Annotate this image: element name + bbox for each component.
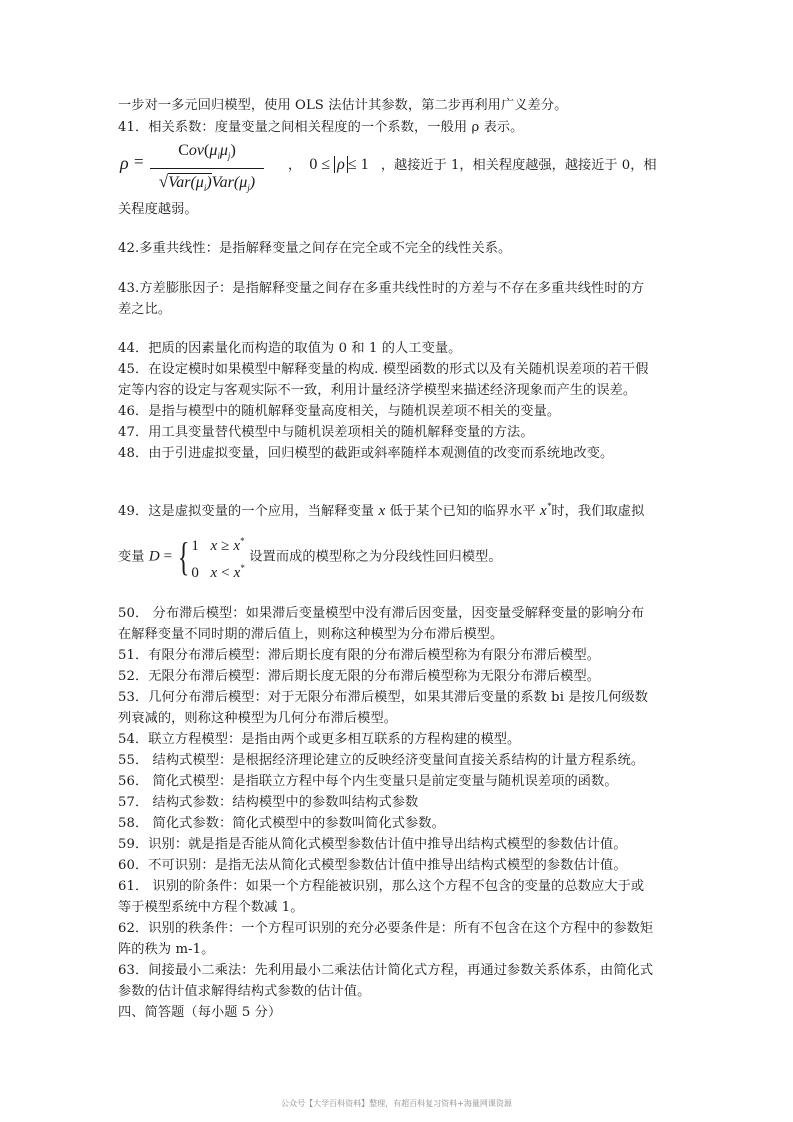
text-line: 等于模型系统中方程个数减 1。 <box>118 898 304 918</box>
section-heading: 四、简答题（每小题 5 分） <box>118 1003 281 1023</box>
footer-watermark: 公众号【大学百科资料】整理，有超百科复习资料+海量网课资源 <box>0 1098 793 1109</box>
definition-49: 49．这是虚拟变量的一个应用，当解释变量 x 低于某个已知的临界水平 x*时，我… <box>118 496 644 522</box>
definition-47: 47．用工具变量替代模型中与随机误差项相关的随机解释变量的方法。 <box>118 423 534 443</box>
definition-43: 43.方差膨胀因子：是指解释变量之间存在多重共线性时的方差与不存在多重共线性时的… <box>118 279 644 299</box>
formula-rho: ρ <box>120 153 129 174</box>
definition-41: 41．相关系数：度量变量之间相关程度的一个系数，一般用 ρ 表示。 <box>118 118 523 138</box>
definition-48: 48．由于引进虚拟变量，回归模型的截距或斜率随样本观测值的改变而系统地改变。 <box>118 444 613 464</box>
definition-54: 54．联立方程模型：是指由两个或更多相互联系的方程构建的模型。 <box>118 730 520 750</box>
definition-63: 63．间接最小二乘法：先利用最小二乘法估计简化式方程，再通过参数关系体系，由简化… <box>118 961 653 981</box>
piecewise-cases: 1 x ≥ x*0 x < x* <box>191 530 245 584</box>
definition-52: 52．无限分布滞后模型：滞后期长度无限的分布滞后模型称为无限分布滞后模型。 <box>118 667 600 687</box>
definition-45: 45．在设定模时如果模型中解释变量的构成. 模型函数的形式以及有关随机误差项的若… <box>118 360 649 380</box>
formula-tail: ， 0 ≤ ρ≤ 1 ，越接近于 1，相关程度越强，越接近于 0，相 <box>288 154 657 174</box>
definition-44: 44．把质的因素量化而构造的取值为 0 和 1 的人工变量。 <box>118 339 461 359</box>
definition-62: 62．识别的秩条件：一个方程可识别的充分必要条件是：所有不包含在这个方程中的参数… <box>118 919 653 939</box>
formula-equals: = <box>134 152 144 172</box>
definition-57: 57． 结构式参数：结构模型中的参数叫结构式参数 <box>118 793 418 813</box>
definition-60: 60．不可识别：是指无法从简化式模型参数估计值中推导出结构式模型的参数估计值。 <box>118 856 627 876</box>
definition-42: 42.多重共线性：是指解释变量之间存在完全或不完全的线性关系。 <box>118 239 511 259</box>
formula-tail-text: ，越接近于 1，相关程度越强，越接近于 0，相 <box>381 158 657 173</box>
dummy-formula-line: 变量 D = {1 x ≥ x*0 x < x* 设置而成的模型称之为分段线性回… <box>118 530 502 580</box>
formula-denominator: √Var(μi)Var(μj) <box>150 171 264 199</box>
math-D: D <box>149 549 160 565</box>
definition-46: 46．是指与模型中的随机解释变量高度相关，与随机误差项不相关的变量。 <box>118 402 560 422</box>
text-line: 在解释变量不同时期的滞后值上，则称这种模型为分布滞后模型。 <box>118 625 503 645</box>
text-span: 低于某个已知的临界水平 <box>385 504 540 519</box>
text-span: 时，我们取虚拟 <box>551 504 644 519</box>
definition-50: 50． 分布滞后模型：如果滞后变量模型中没有滞后因变量，因变量受解释变量的影响分… <box>118 604 644 624</box>
definition-53: 53．几何分布滞后模型：对于无限分布滞后模型，如果其滞后变量的系数 bi 是按几… <box>118 688 648 708</box>
text-line: 参数的估计值求解得结构式参数的估计值。 <box>118 982 370 1002</box>
definition-61: 61． 识别的阶条件：如果一个方程能被识别，那么这个方程不包含的变量的总数应大于… <box>118 877 644 897</box>
text-span: 49．这是虚拟变量的一个应用，当解释变量 <box>118 504 378 519</box>
definition-58: 58． 简化式参数：简化式模型中的参数叫简化式参数。 <box>118 814 445 834</box>
definition-56: 56． 简化式模型：是指联立方程中每个内生变量只是前定变量与随机误差项的函数。 <box>118 772 618 792</box>
text-line: 关程度越弱。 <box>118 200 198 220</box>
math-xstar: x* <box>540 503 551 519</box>
fraction-bar <box>150 168 264 169</box>
text-line: 定等内容的设定与客观实际不一致，利用计量经济学模型来描述经济现象而产生的误差。 <box>118 381 636 401</box>
text-line: 列衰减的，则称这种模型为几何分布滞后模型。 <box>118 709 397 729</box>
text-line: 阵的秩为 m-1。 <box>118 940 214 960</box>
definition-55: 55． 结构式模型：是根据经济理论建立的反映经济变量间直接关系结构的计量方程系统… <box>118 751 644 771</box>
text-span: 设置而成的模型称之为分段线性回归模型。 <box>245 550 502 565</box>
brace-icon: { <box>178 537 190 577</box>
text-span: 变量 <box>118 550 149 565</box>
formula-comma: ， <box>288 158 301 173</box>
formula-fraction: Cov(μiμj) √Var(μi)Var(μj) <box>150 140 264 199</box>
definition-59: 59．识别：就是指是否能从简化式模型参数估计值中推导出结构式模型的参数估计值。 <box>118 835 627 855</box>
text-line: 一步对一多元回归模型，使用 OLS 法估计其参数，第二步再利用广义差分。 <box>118 96 567 116</box>
text-line: 差之比。 <box>118 300 171 320</box>
formula-numerator: Cov(μiμj) <box>150 140 264 167</box>
definition-51: 51．有限分布滞后模型：滞后期长度有限的分布滞后模型称为有限分布滞后模型。 <box>118 646 600 666</box>
correlation-formula: ρ = Cov(μiμj) √Var(μi)Var(μj) ， 0 ≤ ρ≤ 1… <box>118 140 674 188</box>
